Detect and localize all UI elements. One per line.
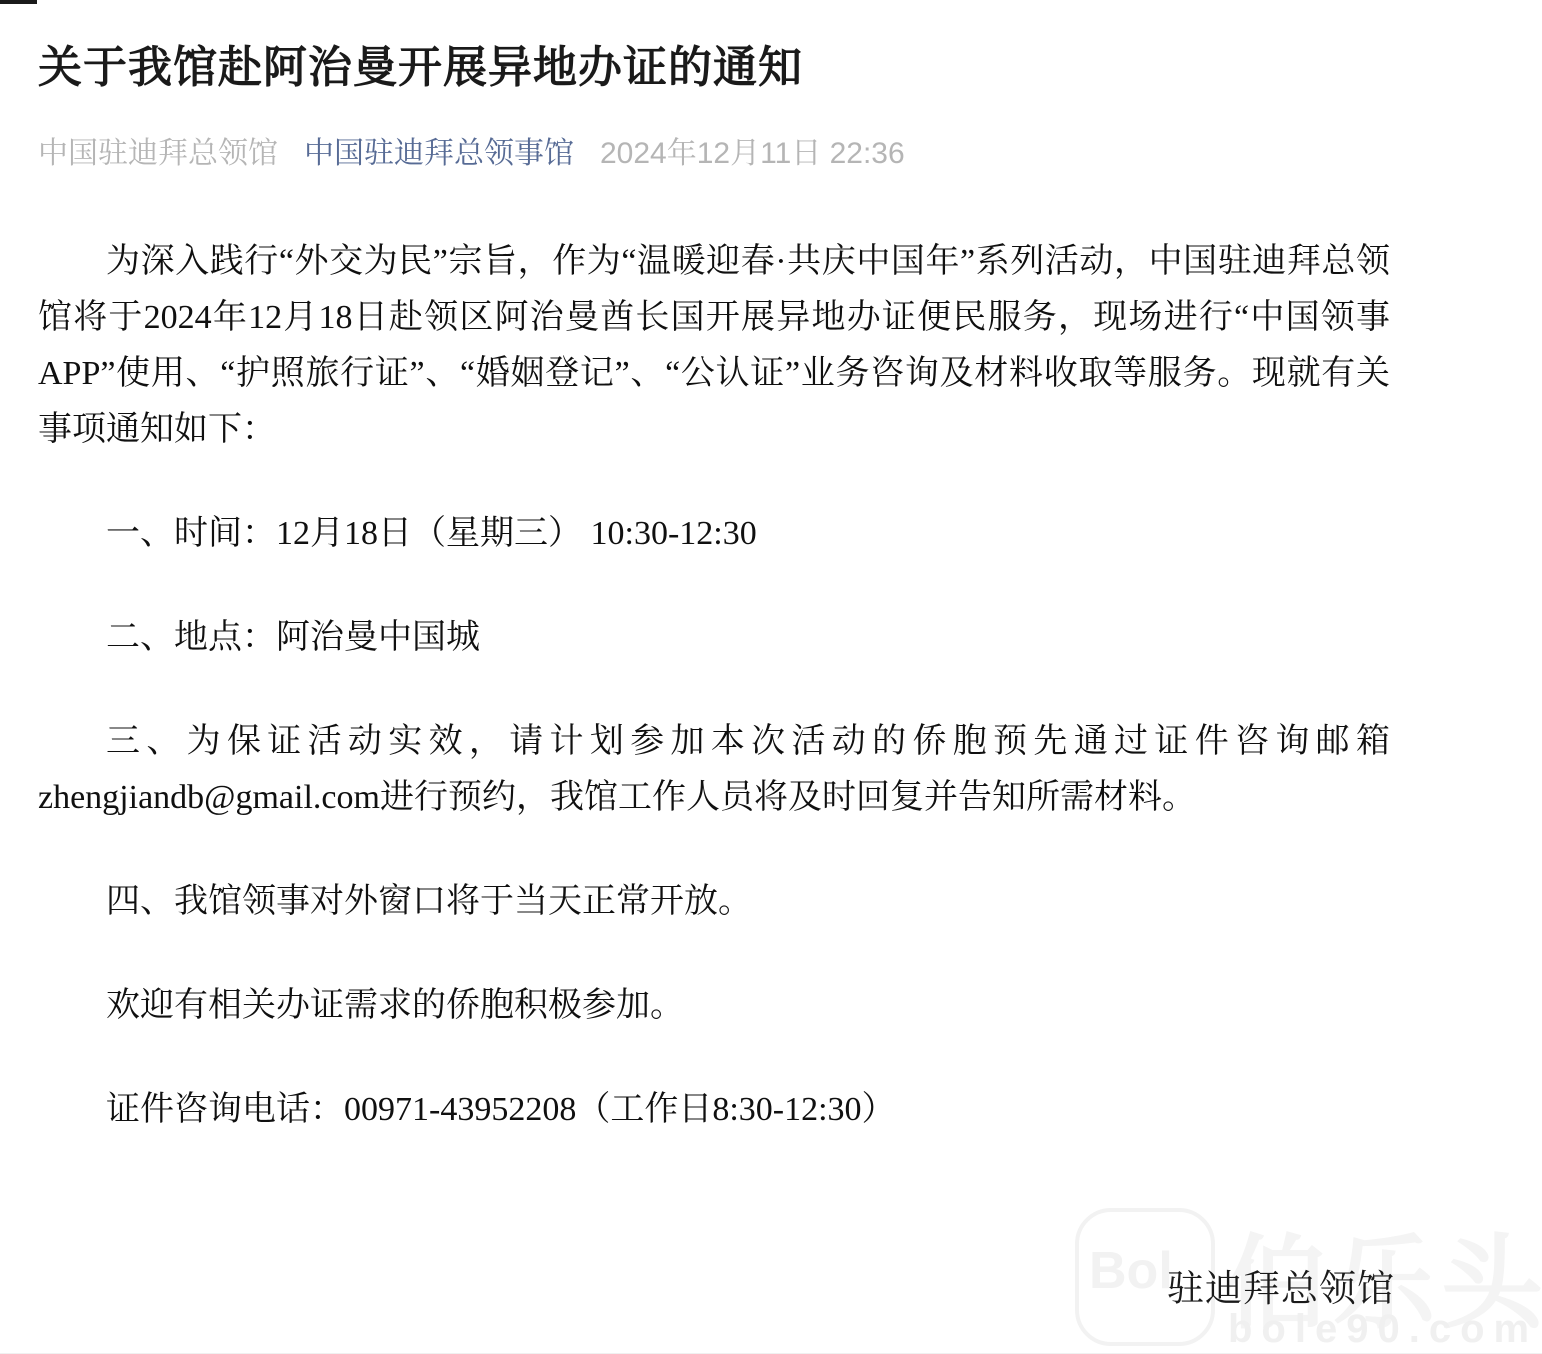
top-edge-fragment [0, 0, 37, 4]
byline-account-link[interactable]: 中国驻迪拜总领事馆 [304, 136, 574, 172]
watermark-logo-text: Bol [1089, 1241, 1173, 1301]
byline-source: 中国驻迪拜总领馆 [38, 136, 278, 172]
paragraph: 四、我馆领事对外窗口将于当天正常开放。 [38, 874, 1390, 930]
paragraph: 为深入践行“外交为民”宗旨，作为“温暖迎春·共庆中国年”系列活动，中国驻迪拜总领… [38, 234, 1390, 458]
paragraph: 证件咨询电话：00971-43952208（工作日8:30-12:30） [38, 1082, 1390, 1138]
byline: 中国驻迪拜总领馆 中国驻迪拜总领事馆 2024年12月11日 22:36 [38, 136, 1390, 172]
article: 关于我馆赴阿治曼开展异地办证的通知 中国驻迪拜总领馆 中国驻迪拜总领事馆 202… [0, 0, 1542, 1138]
byline-timestamp: 2024年12月11日 22:36 [600, 136, 905, 172]
paragraph: 一、时间：12月18日（星期三） 10:30-12:30 [38, 506, 1390, 562]
paragraph: 三、为保证活动实效，请计划参加本次活动的侨胞预先通过证件咨询邮箱zhengjia… [38, 714, 1390, 826]
page-title: 关于我馆赴阿治曼开展异地办证的通知 [38, 40, 1390, 96]
article-page: 关于我馆赴阿治曼开展异地办证的通知 中国驻迪拜总领馆 中国驻迪拜总领事馆 202… [0, 0, 1542, 1354]
paragraph: 二、地点：阿治曼中国城 [38, 610, 1390, 666]
article-body: 为深入践行“外交为民”宗旨，作为“温暖迎春·共庆中国年”系列活动，中国驻迪拜总领… [38, 234, 1390, 1138]
paragraph: 欢迎有相关办证需求的侨胞积极参加。 [38, 978, 1390, 1034]
signature-text: 驻迪拜总领馆 [1167, 1266, 1395, 1314]
